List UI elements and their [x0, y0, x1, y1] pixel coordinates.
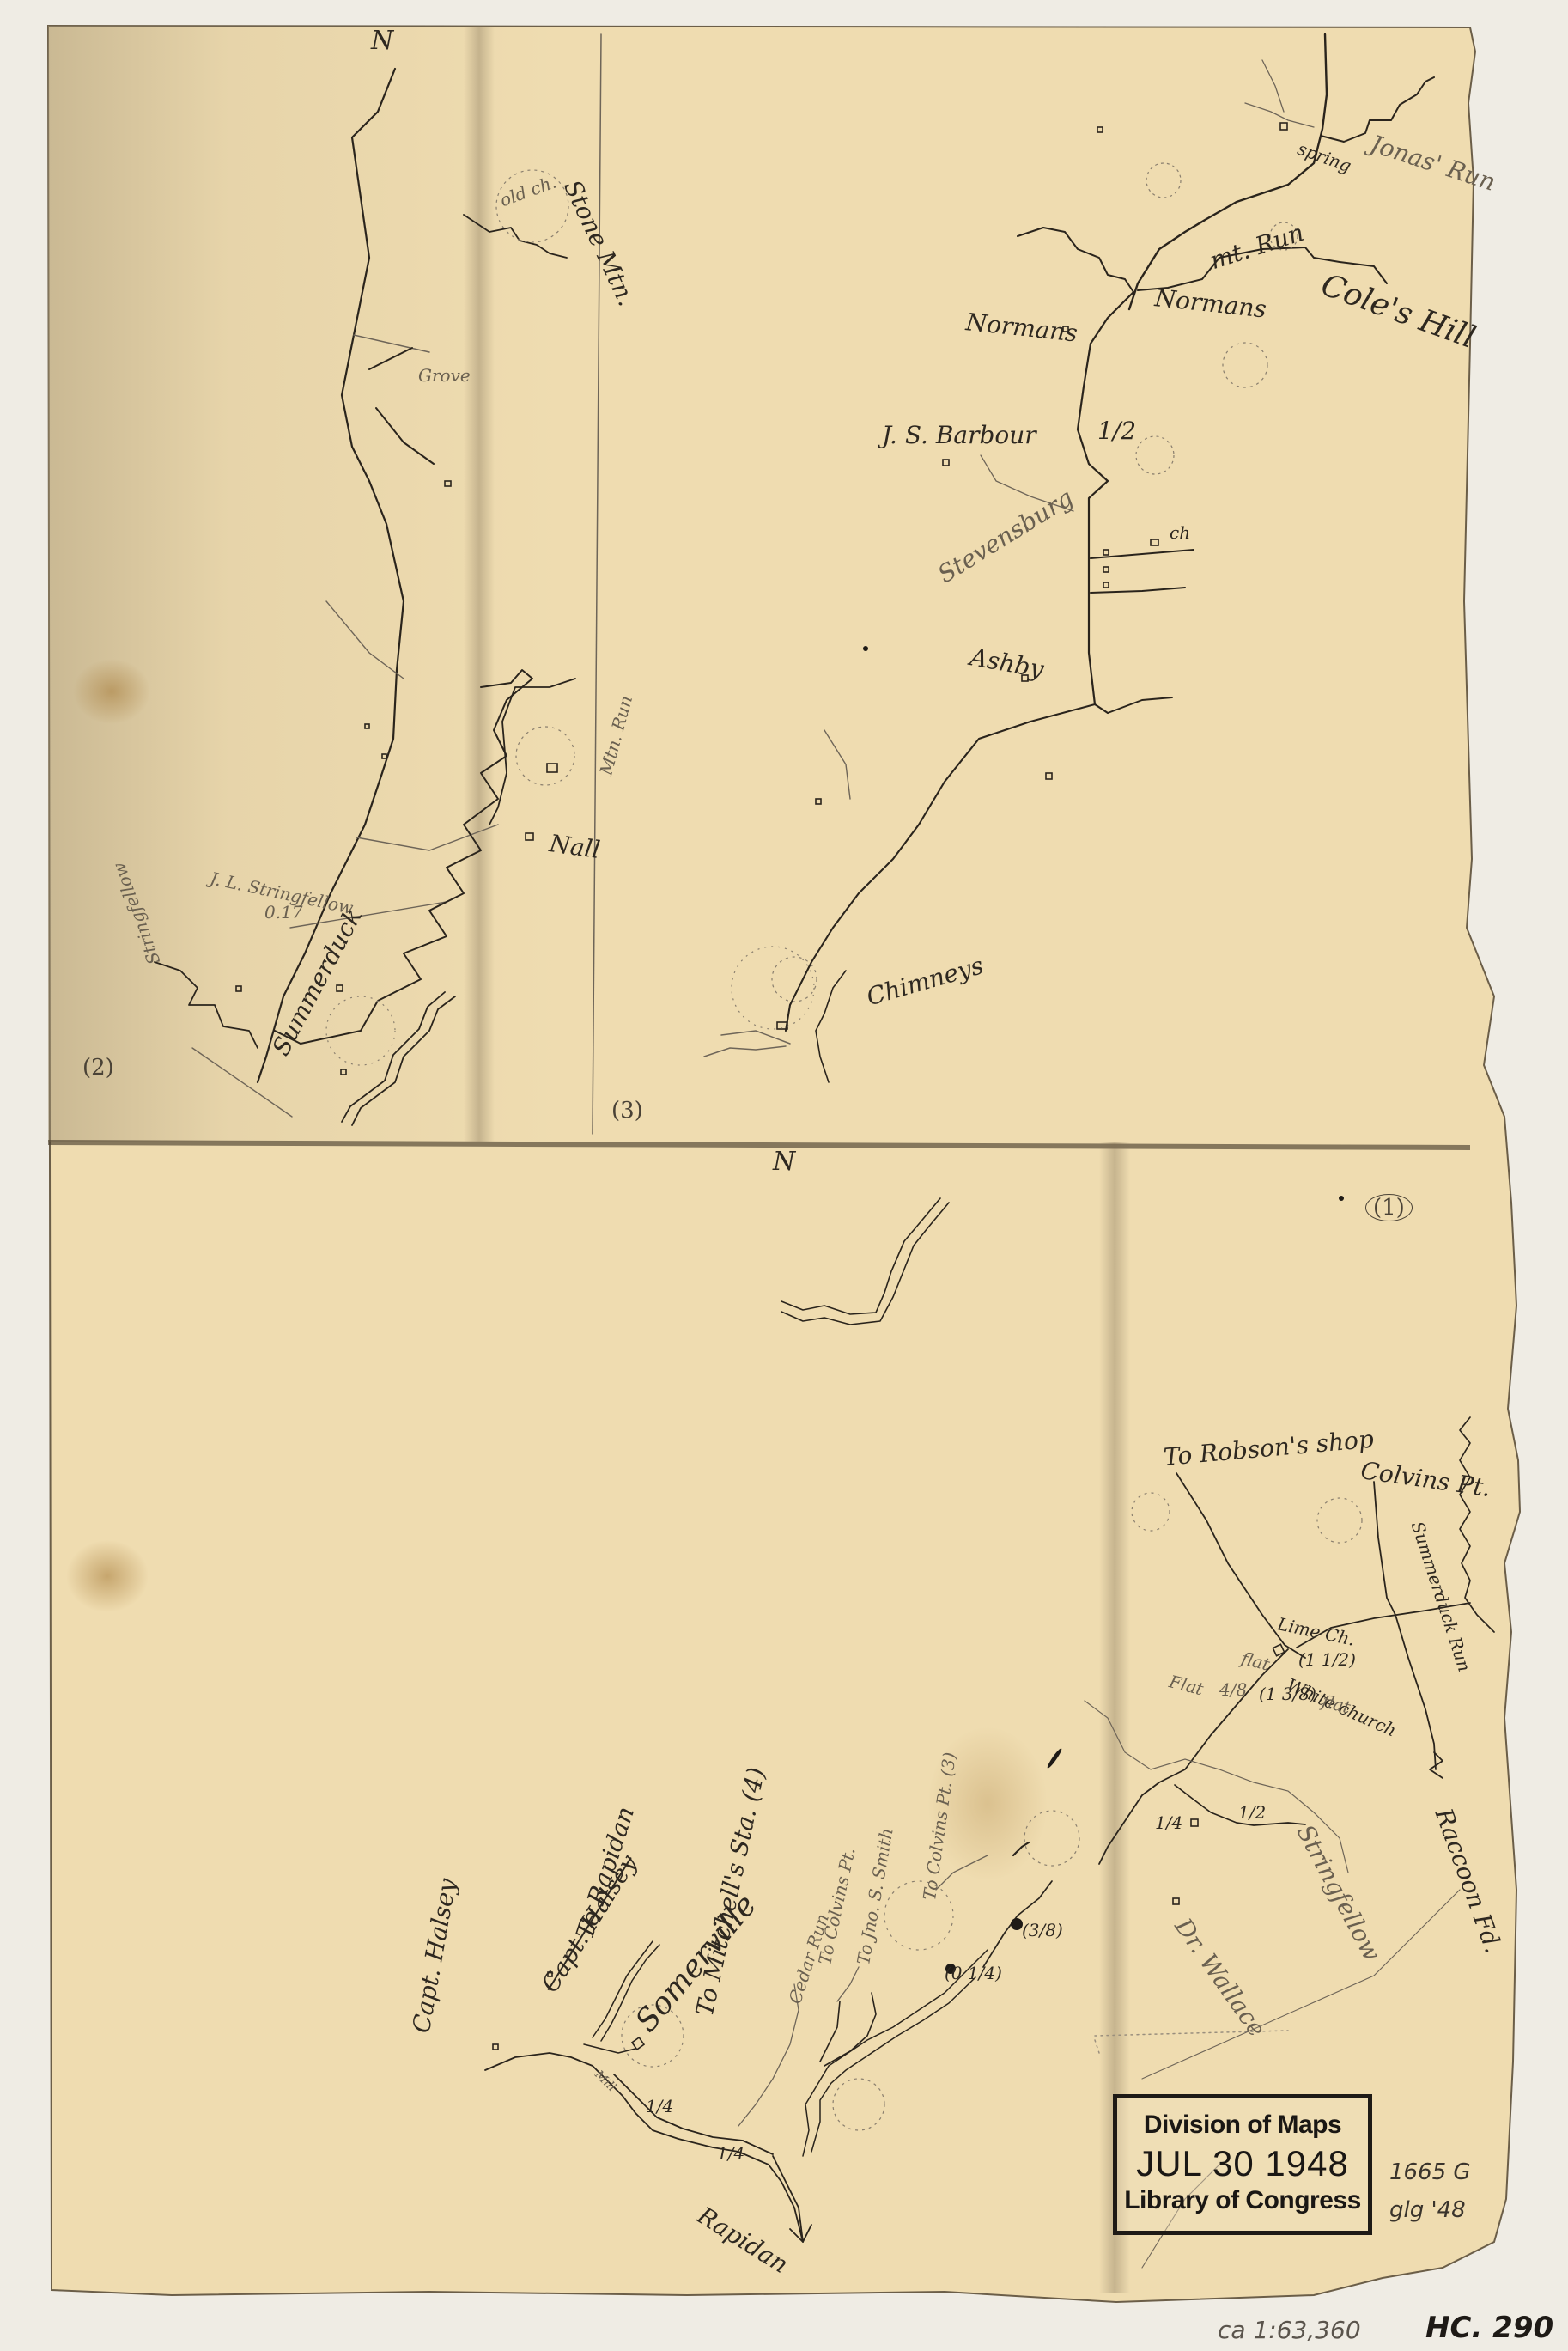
north-arrow-lower: N [773, 1147, 795, 1177]
label-dist-1-half: (1 1/2) [1298, 1649, 1356, 1670]
label-dist-1-3-8: (1 3/8) [1259, 1684, 1316, 1704]
label-jl-distance: 0.17 [264, 902, 303, 923]
label-quarter-3: 1/4 [717, 2143, 744, 2164]
accession-mark: glg '48 [1389, 2197, 1466, 2223]
sheet-number-3: (3) [611, 1098, 643, 1124]
label-ch: ch [1170, 522, 1190, 543]
label-dist-0-quarter: (0 1/4) [945, 1963, 1002, 1983]
library-of-congress-stamp: Division of Maps JUL 30 1948 Library of … [1113, 2094, 1372, 2235]
sheet-number-1: (1) [1365, 1194, 1413, 1221]
map-sheet: N N (2) (3) (1) Stone Mtn. old ch. Grove… [0, 0, 1568, 2351]
collection-number: HC. 290 [1425, 2311, 1553, 2345]
sheet-number-2: (2) [82, 1055, 114, 1081]
label-quarter-2: 1/4 [646, 2096, 673, 2117]
north-arrow-upper: N [371, 26, 393, 56]
label-js-barbour: J. S. Barbour [882, 421, 1036, 449]
label-dist-3-8: (3/8) [1022, 1920, 1063, 1940]
label-half-lower: 1/2 [1238, 1802, 1266, 1823]
stamp-library: Library of Congress [1117, 2186, 1368, 2215]
label-half-mile-upper: 1/2 [1097, 417, 1136, 445]
stamp-division: Division of Maps [1117, 2110, 1368, 2140]
stamp-date: JUL 30 1948 [1117, 2143, 1368, 2184]
call-number: 1665 G [1389, 2159, 1471, 2185]
label-dist-4-8: 4/8 [1219, 1679, 1247, 1700]
label-quarter-1: 1/4 [1155, 1812, 1182, 1833]
scale-note: ca 1:63,360 [1218, 2316, 1361, 2344]
label-grove: Grove [418, 365, 471, 386]
